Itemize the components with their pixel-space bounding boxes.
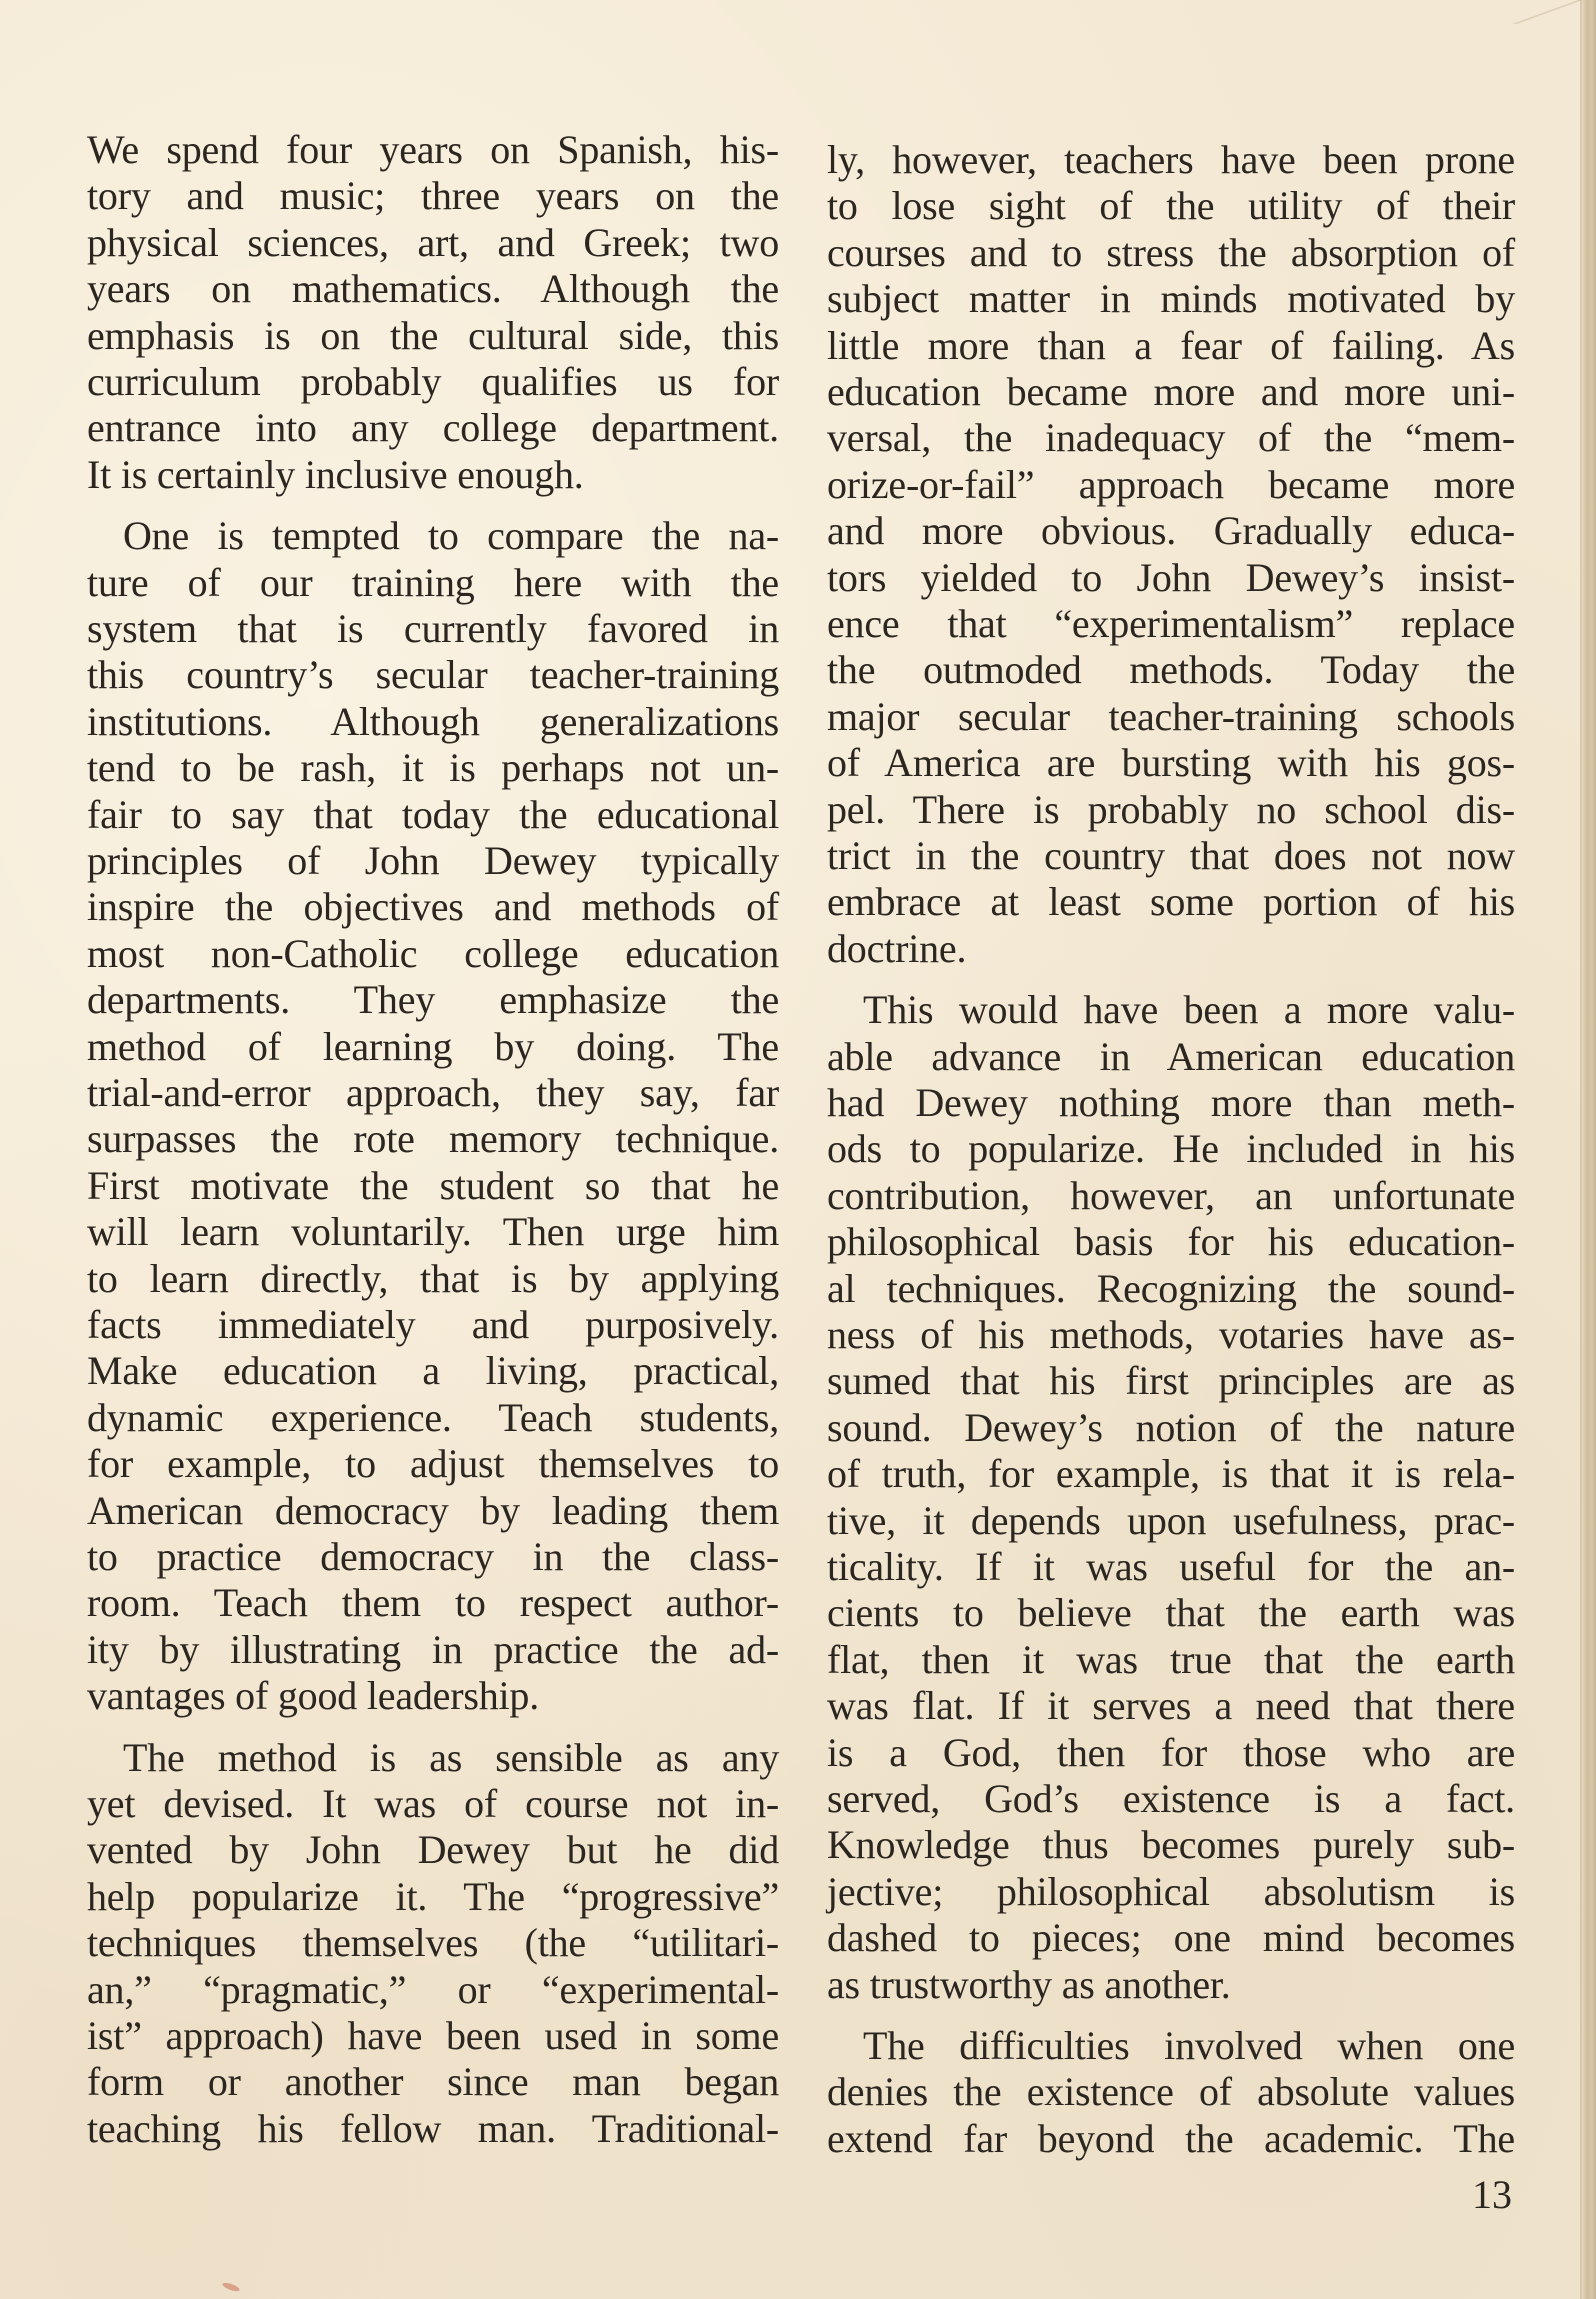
text-line: cients to believe that the earth was [827, 1590, 1515, 1636]
text-line: Knowledge thus becomes purely sub- [827, 1822, 1515, 1868]
text-line: yet devised. It was of course not in- [87, 1781, 779, 1827]
text-line: to lose sight of the utility of their [827, 183, 1515, 229]
text-line: little more than a fear of failing. As [827, 323, 1515, 369]
text-line: ture of our training here with the [87, 560, 779, 606]
text-line: years on mathematics. Although the [87, 266, 779, 312]
text-line: ence that “experimentalism” replace [827, 601, 1515, 647]
text-line: tive, it depends upon usefulness, prac- [827, 1498, 1515, 1544]
text-line: First motivate the student so that he [87, 1163, 779, 1209]
text-line: served, God’s existence is a fact. [827, 1776, 1515, 1822]
text-line: vantages of good leadership. [87, 1673, 779, 1719]
text-line: philosophical basis for his education- [827, 1219, 1515, 1265]
text-line: ist” approach) have been used in some [87, 2013, 779, 2059]
text-line: emphasis is on the cultural side, this [87, 313, 779, 359]
text-line: pel. There is probably no school dis- [827, 787, 1515, 833]
text-line: major secular teacher-training schools [827, 694, 1515, 740]
text-line: able advance in American education [827, 1034, 1515, 1080]
text-line: as trustworthy as another. [827, 1962, 1515, 2008]
text-line: subject matter in minds motivated by [827, 276, 1515, 322]
text-line: We spend four years on Spanish, his- [87, 127, 779, 173]
text-line: ods to popularize. He included in his [827, 1126, 1515, 1172]
page-corner-crease [1512, 0, 1582, 24]
text-line: room. Teach them to respect author- [87, 1580, 779, 1626]
text-line: denies the existence of absolute values [827, 2069, 1515, 2115]
text-line: help popularize it. The “progressive” [87, 1874, 779, 1920]
text-line: extend far beyond the academic. The [827, 2116, 1515, 2162]
text-line: facts immediately and purposively. [87, 1302, 779, 1348]
text-line: form or another since man began [87, 2059, 779, 2105]
text-line: It is certainly inclusive enough. [87, 452, 779, 498]
text-line: techniques themselves (the “utilitari- [87, 1920, 779, 1966]
text-line: trial-and-error approach, they say, far [87, 1070, 779, 1116]
text-line: the outmoded methods. Today the [827, 647, 1515, 693]
text-line: courses and to stress the absorption of [827, 230, 1515, 276]
text-line: of America are bursting with his gos- [827, 740, 1515, 786]
text-line: doctrine. [827, 926, 1515, 972]
text-line: method of learning by doing. The [87, 1024, 779, 1070]
text-line: American democracy by leading them [87, 1488, 779, 1534]
text-line: sound. Dewey’s notion of the nature [827, 1405, 1515, 1451]
text-line: jective; philosophical absolutism is [827, 1869, 1515, 1915]
page-number: 13 [1472, 2172, 1512, 2218]
text-line: inspire the objectives and methods of [87, 884, 779, 930]
text-line: ticality. If it was useful for the an- [827, 1544, 1515, 1590]
text-line: teaching his fellow man. Traditional- [87, 2106, 779, 2152]
text-line: ly, however, teachers have been prone [827, 137, 1515, 183]
text-line: system that is currently favored in [87, 606, 779, 652]
text-line: trict in the country that does not now [827, 833, 1515, 879]
text-line: institutions. Although generalizations [87, 699, 779, 745]
text-line: of truth, for example, is that it is rel… [827, 1451, 1515, 1497]
text-line: Make education a living, practical, [87, 1348, 779, 1394]
text-line: One is tempted to compare the na- [87, 513, 779, 559]
text-line: vented by John Dewey but he did [87, 1827, 779, 1873]
text-line: flat, then it was true that the earth [827, 1637, 1515, 1683]
text-line: versal, the inadequacy of the “mem- [827, 415, 1515, 461]
text-line: dynamic experience. Teach students, [87, 1395, 779, 1441]
text-line: education became more and more uni- [827, 369, 1515, 415]
text-line: dashed to pieces; one mind becomes [827, 1915, 1515, 1961]
text-line: This would have been a more valu- [827, 987, 1515, 1033]
text-line: this country’s secular teacher-training [87, 652, 779, 698]
text-line: The method is as sensible as any [87, 1735, 779, 1781]
text-line: entrance into any college department. [87, 405, 779, 451]
text-line: to practice democracy in the class- [87, 1534, 779, 1580]
text-line: most non-Catholic college education [87, 931, 779, 977]
text-line: embrace at least some portion of his [827, 879, 1515, 925]
text-line: The difficulties involved when one [827, 2023, 1515, 2069]
text-line: was flat. If it serves a need that there [827, 1683, 1515, 1729]
page-edge [1582, 0, 1596, 2299]
text-line: contribution, however, an unfortunate [827, 1173, 1515, 1219]
text-line: ness of his methods, votaries have as- [827, 1312, 1515, 1358]
text-line: surpasses the rote memory technique. [87, 1116, 779, 1162]
text-line: had Dewey nothing more than meth- [827, 1080, 1515, 1126]
text-line: sumed that his first principles are as [827, 1358, 1515, 1404]
text-line: curriculum probably qualifies us for [87, 359, 779, 405]
text-line: will learn voluntarily. Then urge him [87, 1209, 779, 1255]
text-line: and more obvious. Gradually educa- [827, 508, 1515, 554]
text-line: tory and music; three years on the [87, 173, 779, 219]
text-line: to learn directly, that is by applying [87, 1256, 779, 1302]
text-line: tend to be rash, it is perhaps not un- [87, 745, 779, 791]
text-line: principles of John Dewey typically [87, 838, 779, 884]
paper-stain [222, 2281, 241, 2293]
text-line: an,” “pragmatic,” or “experimental- [87, 1967, 779, 2013]
text-line: for example, to adjust themselves to [87, 1441, 779, 1487]
text-line: departments. They emphasize the [87, 977, 779, 1023]
text-line: is a God, then for those who are [827, 1730, 1515, 1776]
text-line: ity by illustrating in practice the ad- [87, 1627, 779, 1673]
text-line: tors yielded to John Dewey’s insist- [827, 555, 1515, 601]
text-line: al techniques. Recognizing the sound- [827, 1266, 1515, 1312]
text-line: physical sciences, art, and Greek; two [87, 220, 779, 266]
text-line: fair to say that today the educational [87, 792, 779, 838]
text-line: orize-or-fail” approach became more [827, 462, 1515, 508]
